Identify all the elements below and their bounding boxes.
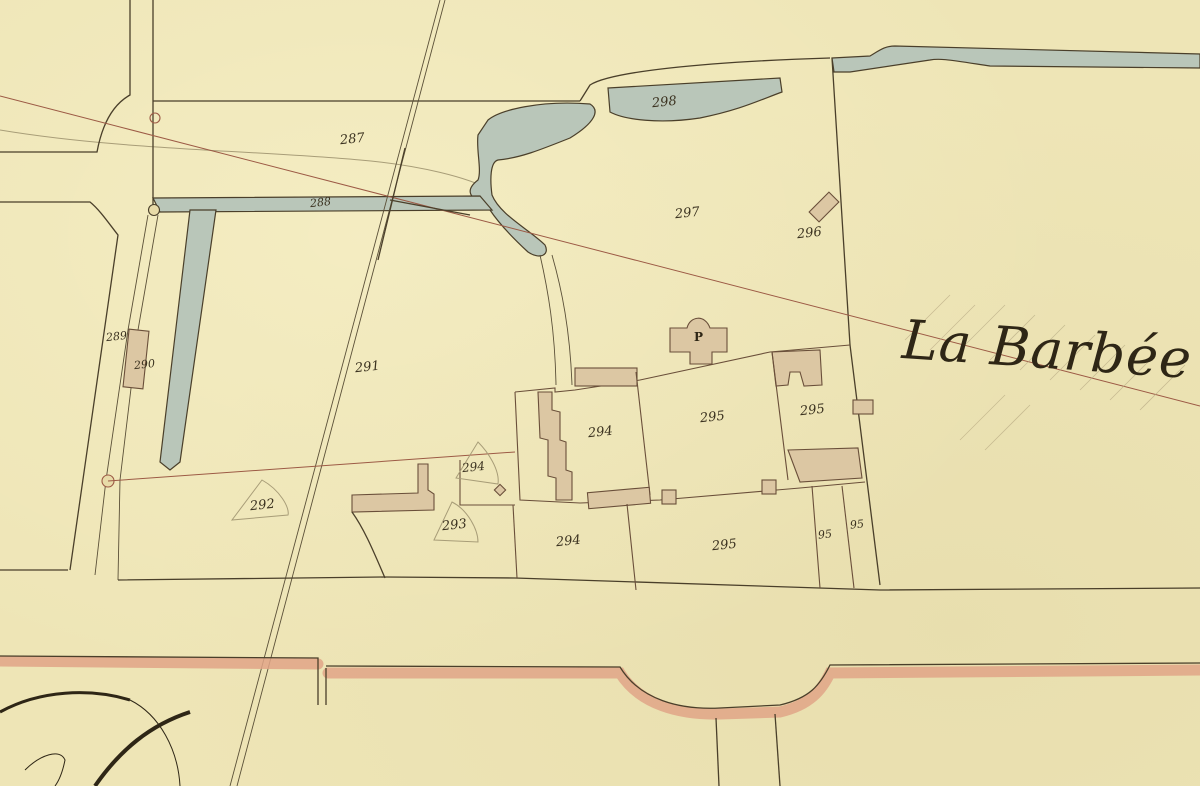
parcel-label-95-a: 95 <box>817 527 832 541</box>
map-drawing <box>0 0 1200 786</box>
parcel-label-293: 293 <box>441 517 467 535</box>
parcel-label-292: 292 <box>249 497 275 515</box>
survey-marker <box>149 205 160 216</box>
strip-289-west <box>95 215 148 575</box>
calligraphy-flourish <box>25 754 65 786</box>
stream-west-bank <box>540 255 556 385</box>
gate-post-west <box>716 718 719 786</box>
parcel-label-297: 297 <box>674 205 700 223</box>
parcel-label-288: 288 <box>309 195 331 210</box>
parcel-label-296: 296 <box>796 225 822 243</box>
canal-vertical <box>160 210 216 470</box>
building-east-north <box>772 350 822 386</box>
court-divider <box>636 372 650 495</box>
parcel-label-291: 291 <box>354 359 380 377</box>
parcel-label-295-field: 295 <box>711 537 737 555</box>
parcel-label-287: 287 <box>339 131 365 149</box>
calligraphy-flourish <box>130 700 180 786</box>
parcel-label-290: 290 <box>133 357 155 372</box>
parcel-label-289: 289 <box>105 329 127 344</box>
parcel-95-boundary-2 <box>842 486 854 588</box>
parcel-label-298: 298 <box>651 94 677 112</box>
parcel-label-295-east: 295 <box>799 402 825 420</box>
chapel-symbol: P <box>694 330 703 344</box>
parcel-label-294-field: 294 <box>555 533 581 551</box>
curved-boundary <box>352 512 385 578</box>
cadastral-map: 287 288 289 290 291 292 293 294 294 294 … <box>0 0 1200 786</box>
building-north-wing <box>575 368 637 386</box>
strip-289-east <box>118 215 158 580</box>
calligraphy-flourish <box>95 712 190 786</box>
parcel-label-294-house: 294 <box>587 424 613 442</box>
calligraphy-flourish <box>0 693 130 712</box>
parcel-south-boundary <box>118 577 1200 590</box>
pond-branch <box>470 103 595 256</box>
parcel-label-294-yard: 294 <box>461 459 485 475</box>
canal-north-east <box>832 46 1200 72</box>
road-boundary-left-top <box>0 0 130 152</box>
building-outhouse <box>853 400 873 414</box>
faint-path <box>0 130 490 190</box>
building-pavilion <box>762 480 776 494</box>
marker-diamond <box>494 484 505 495</box>
building-294-west <box>538 392 572 500</box>
gate-post-east <box>775 714 780 786</box>
building-296 <box>809 192 839 222</box>
survey-marker <box>150 113 160 123</box>
road-wash-east <box>328 670 1200 714</box>
parcel-294-west-boundary <box>513 505 517 578</box>
building-south-wing <box>587 487 650 508</box>
pond-298 <box>608 78 782 121</box>
road-boundary-left-bottom <box>0 202 118 570</box>
building-wall-west <box>352 464 434 512</box>
parcel-label-295-court: 295 <box>699 409 725 427</box>
building-east-south <box>788 448 862 482</box>
road-wash-west <box>0 661 318 664</box>
building-pavilion <box>662 490 676 504</box>
parcel-label-95-b: 95 <box>849 517 864 531</box>
parcel-295-west-boundary <box>627 504 636 590</box>
